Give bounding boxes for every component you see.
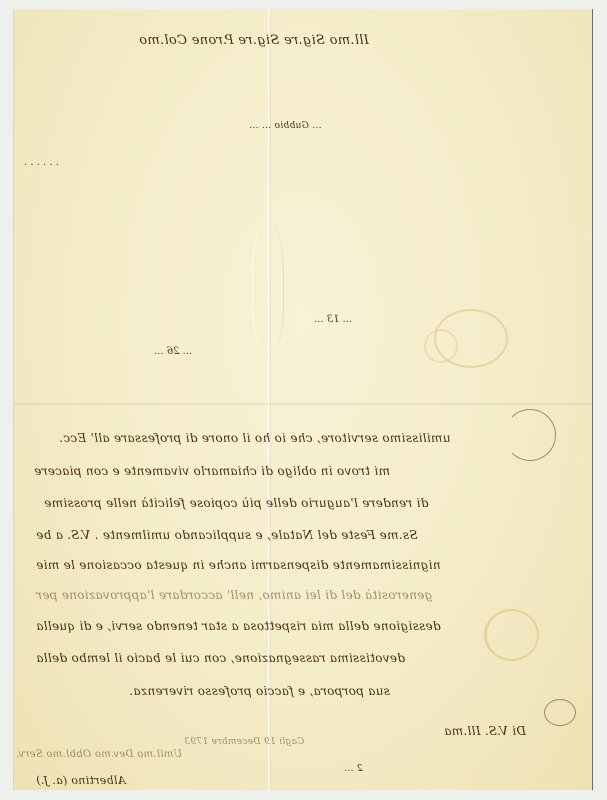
page-mark: 2 ... (344, 764, 363, 774)
body-line: di rendere l'augurio delle più copiose f… (44, 496, 428, 510)
horizontal-fold (14, 403, 592, 405)
body-line: sua porpora, e faccio professo riverenza… (129, 684, 390, 698)
closing-flourish (544, 699, 576, 726)
header-address: Ill.mo Sig.re Sig.re P.rone Col.mo (139, 33, 369, 48)
body-line: mi trovo in obligo di chiamarlo vivament… (34, 464, 390, 478)
faded-marks: ... 26 ... (154, 346, 192, 357)
body-line: generosità del di lei animo, nell' accor… (36, 588, 432, 602)
signature-line-2: Albertino (a. J.) (36, 774, 126, 787)
place-date: Cagli 19 Decembre 1793 (184, 737, 304, 747)
faded-marks: ... 13 ... (314, 314, 352, 325)
body-line: umilissimo servitore, che io ho il onore… (59, 431, 450, 445)
body-line: Ss.me Feste del Natale, e supplicando um… (36, 528, 418, 542)
signature-line-1: Umil.mo Dev.mo Obbl.mo Serv. (16, 749, 182, 760)
initial-flourish (504, 409, 556, 461)
letter-page: Ill.mo Sig.re Sig.re P.rone Col.mo ... G… (14, 9, 592, 790)
header-second-line: ... Gubbio ... ... (249, 121, 322, 131)
body-line: nignissimamente dispensarmi anche in que… (36, 558, 441, 572)
closing-salutation: Di V.S. Ill.ma (444, 724, 526, 738)
faded-marks: . . . . . . (24, 157, 59, 168)
body-line: devotissima rassegnazione, con cui le ba… (36, 651, 405, 665)
body-line: dessigione della mia rispettosa a star t… (36, 619, 441, 633)
paper-crease (252, 224, 284, 354)
ink-stain-flourish (484, 609, 539, 661)
ink-stain (424, 329, 458, 363)
